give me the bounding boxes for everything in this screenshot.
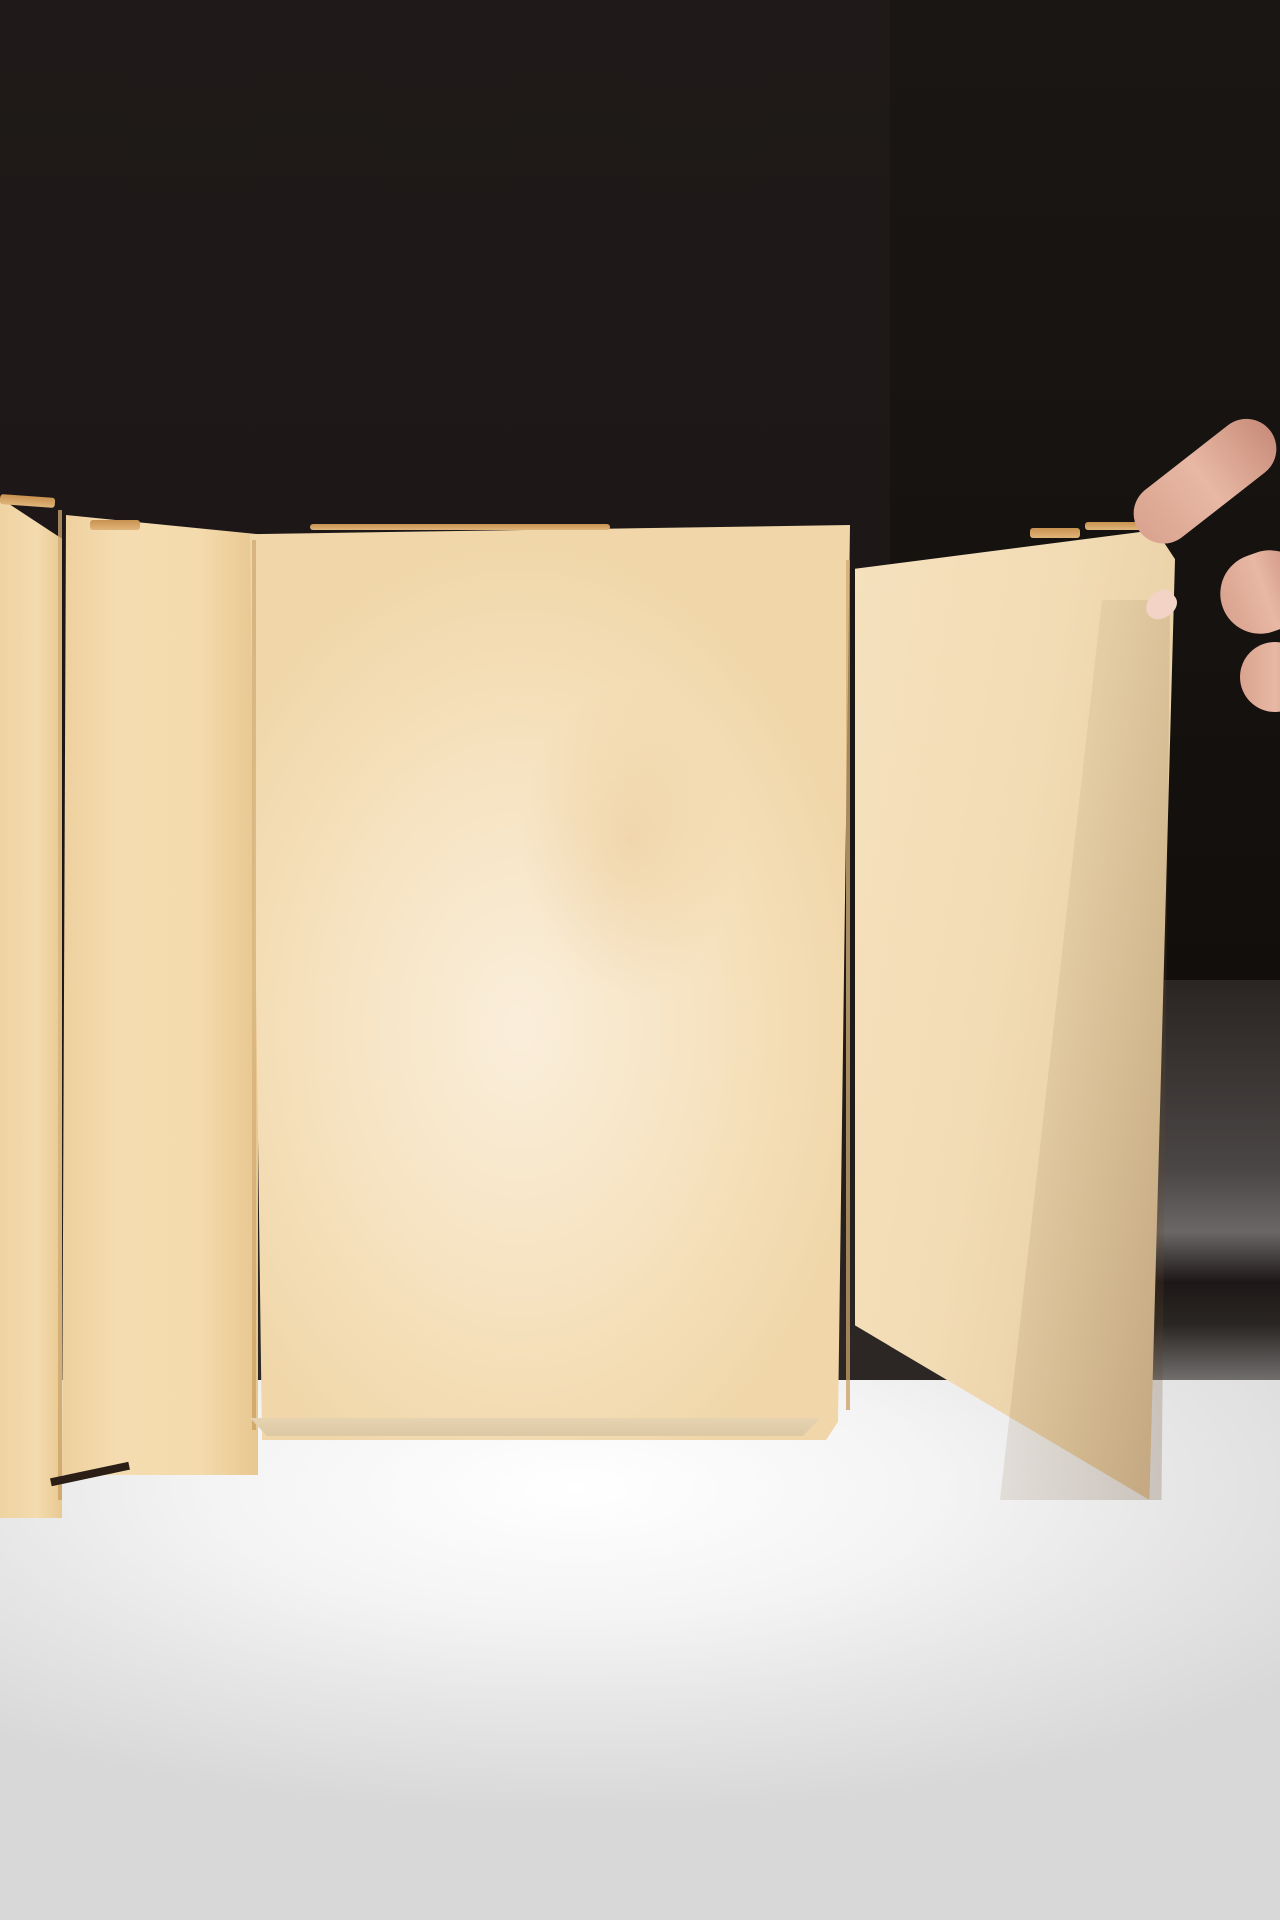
paper-stain: [520, 680, 740, 1000]
dust-jacket-front-panel: [250, 525, 850, 1440]
worn-top-edge-4: [1030, 528, 1080, 538]
dust-jacket-left-flap: [0, 498, 62, 1518]
fingernail: [1140, 585, 1181, 625]
worn-top-edge-2: [90, 520, 140, 530]
bottom-folded-edge: [250, 1418, 820, 1436]
fold-crease-3: [846, 560, 850, 1410]
fold-crease-1: [58, 510, 62, 1500]
worn-top-edge-3: [310, 524, 610, 530]
middle-finger: [1209, 539, 1280, 645]
ring-finger: [1240, 642, 1280, 712]
dust-jacket-spine: [58, 515, 258, 1475]
fold-crease-2: [252, 540, 256, 1430]
hand-holding-flap: [1140, 462, 1280, 752]
